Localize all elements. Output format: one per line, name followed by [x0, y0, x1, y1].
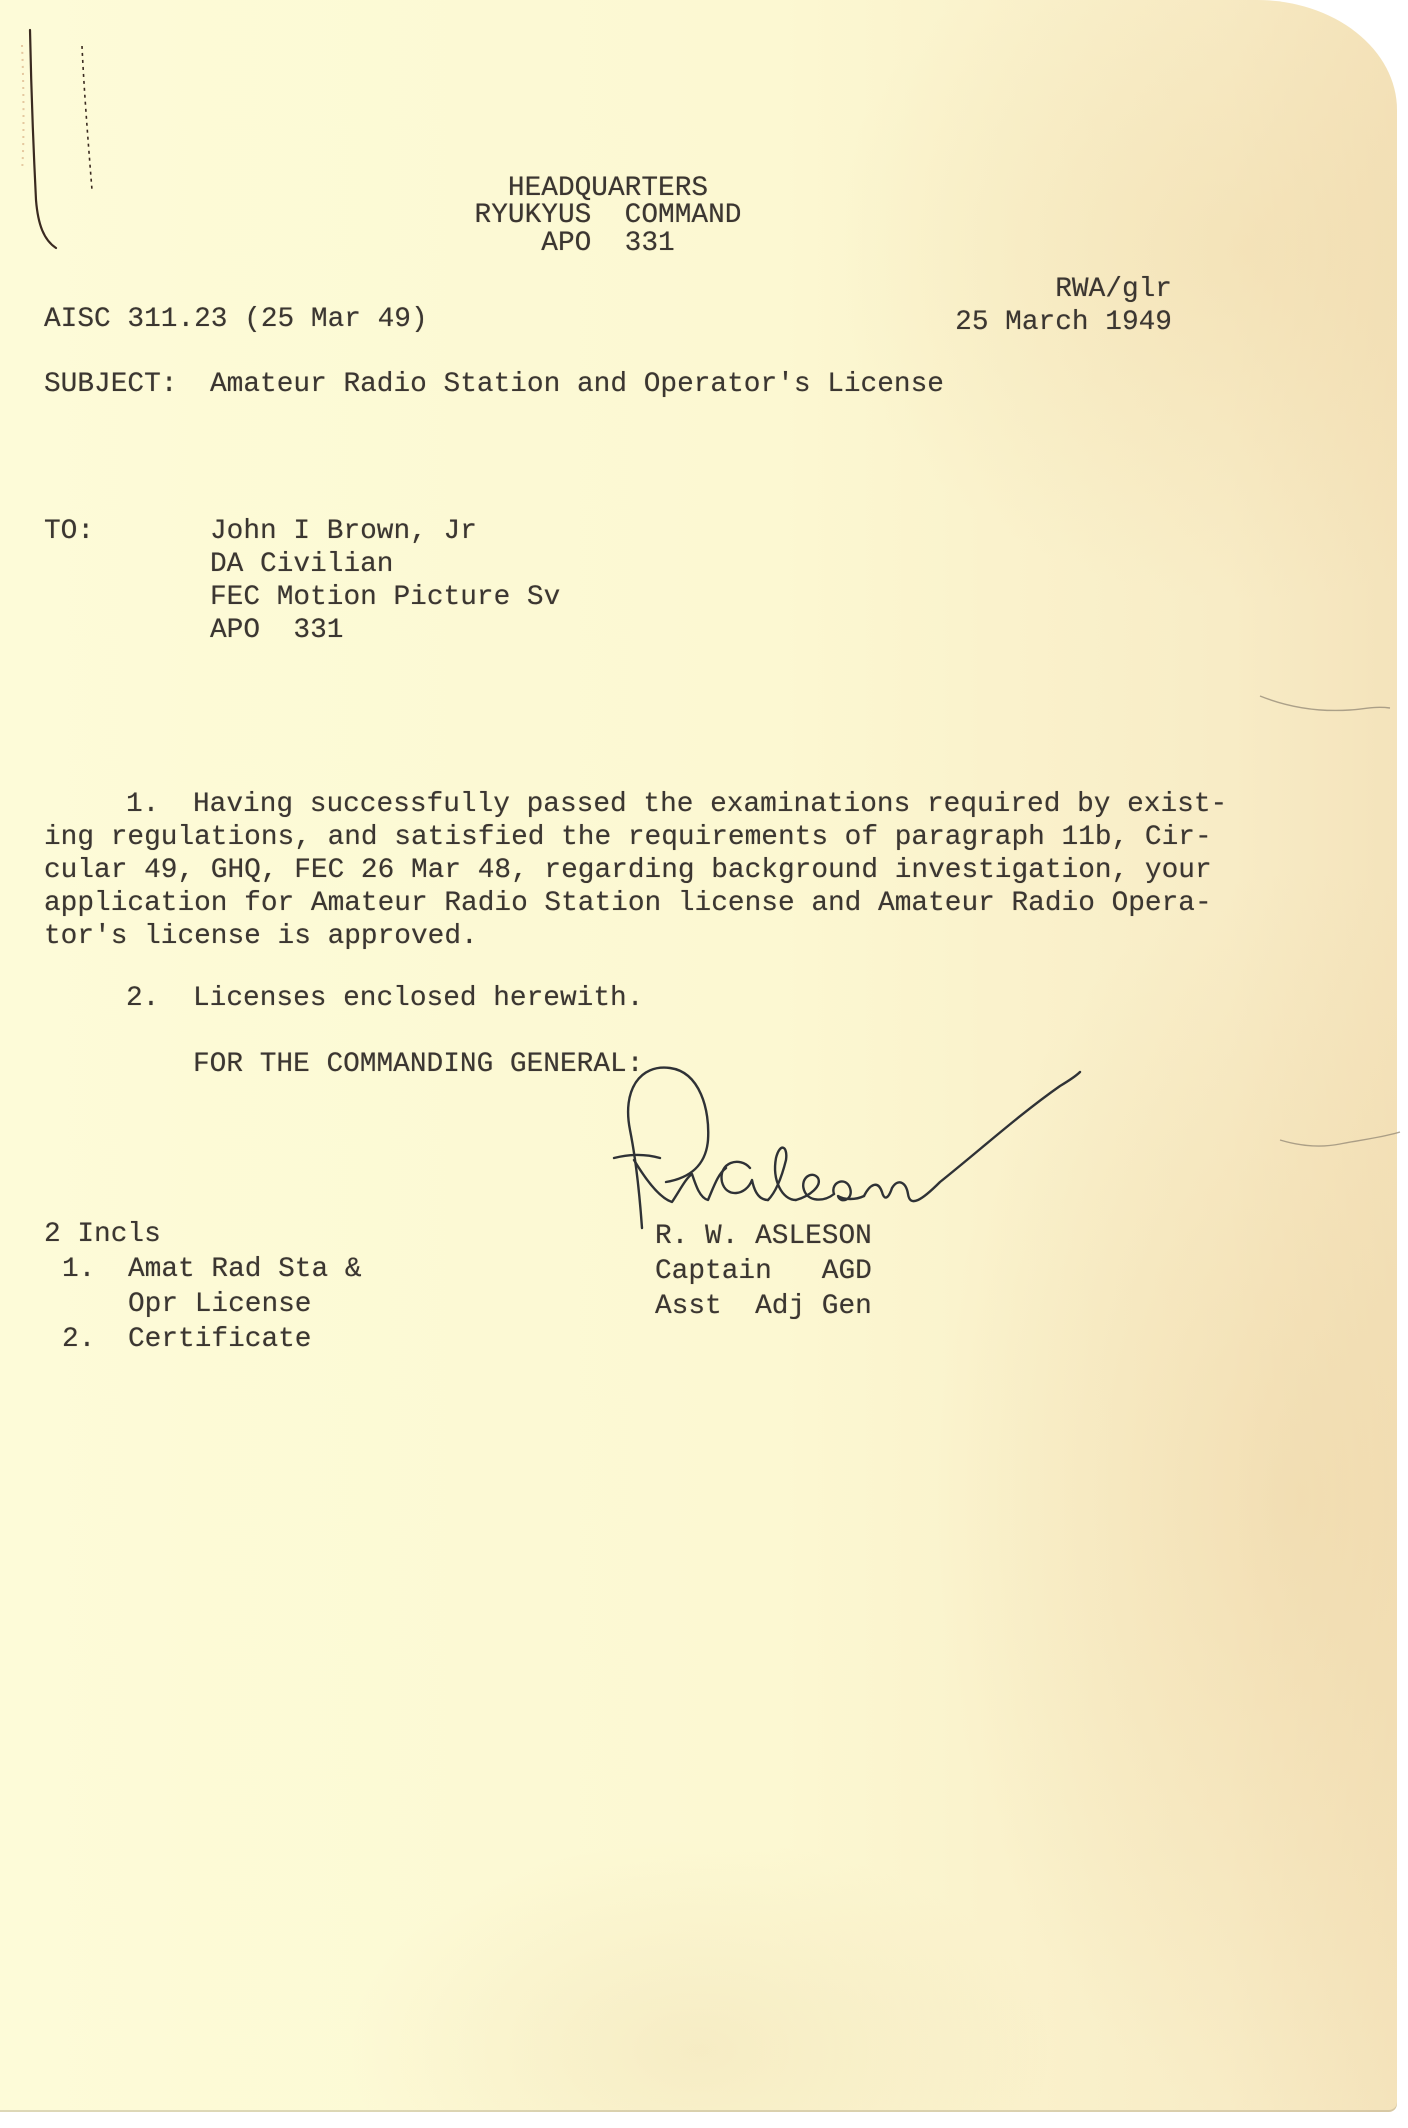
- addressee-line: DA Civilian: [210, 548, 394, 581]
- reference-initials: RWA/glr: [1047, 273, 1172, 306]
- paper-crease-icon: [1250, 690, 1400, 730]
- subject-label: SUBJECT:: [44, 368, 177, 401]
- enclosure-line: Amat Rad Sta &: [128, 1253, 362, 1286]
- signer-rank: Captain AGD: [655, 1255, 872, 1288]
- letterhead-apo: APO 331: [408, 227, 808, 260]
- paragraph-1-line: ing regulations, and satisfied the requi…: [44, 821, 1212, 854]
- enclosure-line: Opr License: [128, 1288, 312, 1321]
- addressee-line: FEC Motion Picture Sv: [210, 581, 560, 614]
- handwritten-signature-icon: [600, 1050, 1240, 1230]
- enclosure-line: Certificate: [128, 1323, 312, 1356]
- addressee-label: TO:: [44, 515, 94, 548]
- addressee-line: John I Brown, Jr: [210, 515, 477, 548]
- paragraph-1-line: cular 49, GHQ, FEC 26 Mar 48, regarding …: [44, 854, 1212, 887]
- paragraph-1-line: application for Amateur Radio Station li…: [44, 887, 1212, 920]
- signer-title: Asst Adj Gen: [655, 1290, 872, 1323]
- paragraph-2-text: Licenses enclosed herewith.: [193, 982, 643, 1015]
- enclosures-header: 2 Incls: [44, 1218, 161, 1251]
- paper-crease-icon: [1270, 1120, 1408, 1160]
- closing-authority: FOR THE COMMANDING GENERAL:: [193, 1048, 643, 1081]
- paragraph-1-line: Having successfully passed the examinati…: [193, 788, 1227, 821]
- staple-mark-icon: [0, 0, 140, 260]
- enclosure-number: 2.: [62, 1323, 95, 1356]
- letter-date: 25 March 1949: [950, 306, 1172, 339]
- paragraph-2-number: 2.: [126, 982, 159, 1015]
- file-number: AISC 311.23 (25 Mar 49): [44, 303, 428, 336]
- addressee-line: APO 331: [210, 614, 343, 647]
- signer-name: R. W. ASLESON: [655, 1220, 872, 1253]
- paragraph-1-line: tor's license is approved.: [44, 920, 478, 953]
- enclosure-number: 1.: [62, 1253, 95, 1286]
- paragraph-1-number: 1.: [126, 788, 159, 821]
- subject-text: Amateur Radio Station and Operator's Lic…: [210, 368, 944, 401]
